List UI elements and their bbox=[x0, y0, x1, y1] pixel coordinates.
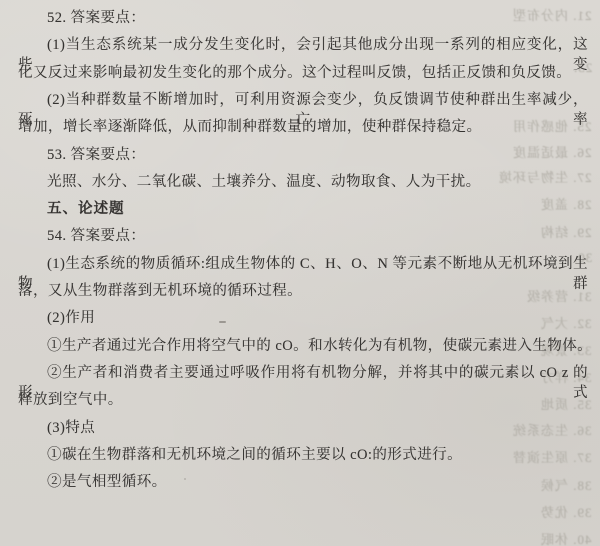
answer-line: 化又反过来影响最初发生变化的那个成分。这个过程叫反馈，包括正反馈和负反馈。 bbox=[18, 63, 588, 85]
answer-line: 增加，增长率逐渐降低，从而抑制种群数量的增加，使种群保持稳定。 bbox=[18, 117, 588, 139]
answer-line: (2)作用 bbox=[18, 308, 588, 330]
answer-line: 释放到空气中。 bbox=[18, 390, 588, 412]
answer-line: (1)当生态系统某一成分发生变化时，会引起其他成分出现一系列的相应变化，这些变 bbox=[18, 35, 588, 57]
answer-line: 52. 答案要点： bbox=[18, 8, 588, 30]
bleed-through-item: 40. 休眠 bbox=[540, 529, 592, 546]
answer-line: (3)特点 bbox=[18, 418, 588, 440]
bleed-through-item: 39. 优势 bbox=[540, 502, 592, 521]
answer-line: 54. 答案要点： bbox=[18, 226, 588, 248]
answer-line: 53. 答案要点： bbox=[18, 145, 588, 167]
ink-speck bbox=[184, 478, 186, 480]
answer-line: ①生产者通过光合作用将空气中的 cO。和水转化为有机物，使碳元素进入生物体。 bbox=[18, 336, 588, 358]
answer-line: ②是气相型循环。 bbox=[18, 472, 588, 494]
answer-line: ②生产者和消费者主要通过呼吸作用将有机物分解，并将其中的碳元素以 cO z 的形… bbox=[18, 363, 588, 385]
answer-line: (2)当种群数量不断增加时，可利用资源会变少，负反馈调节使种群出生率减少，死亡率 bbox=[18, 90, 588, 112]
section-heading: 五、论述题 bbox=[18, 199, 588, 221]
answer-line: (1)生态系统的物质循环:组成生物体的 C、H、O、N 等元素不断地从无机环境到… bbox=[18, 254, 588, 276]
ink-speck bbox=[219, 321, 226, 323]
answer-line: 光照、水分、二氧化碳、土壤养分、温度、动物取食、人为干扰。 bbox=[18, 172, 588, 194]
answer-line: 落，又从生物群落到无机环境的循环过程。 bbox=[18, 281, 588, 303]
answer-line: ①碳在生物群落和无机环境之间的循环主要以 cO:的形式进行。 bbox=[18, 445, 588, 467]
scanned-page: 21. 内分布型23.25. 他感作用26. 最适温度27. 生物与环境28. … bbox=[0, 0, 600, 546]
